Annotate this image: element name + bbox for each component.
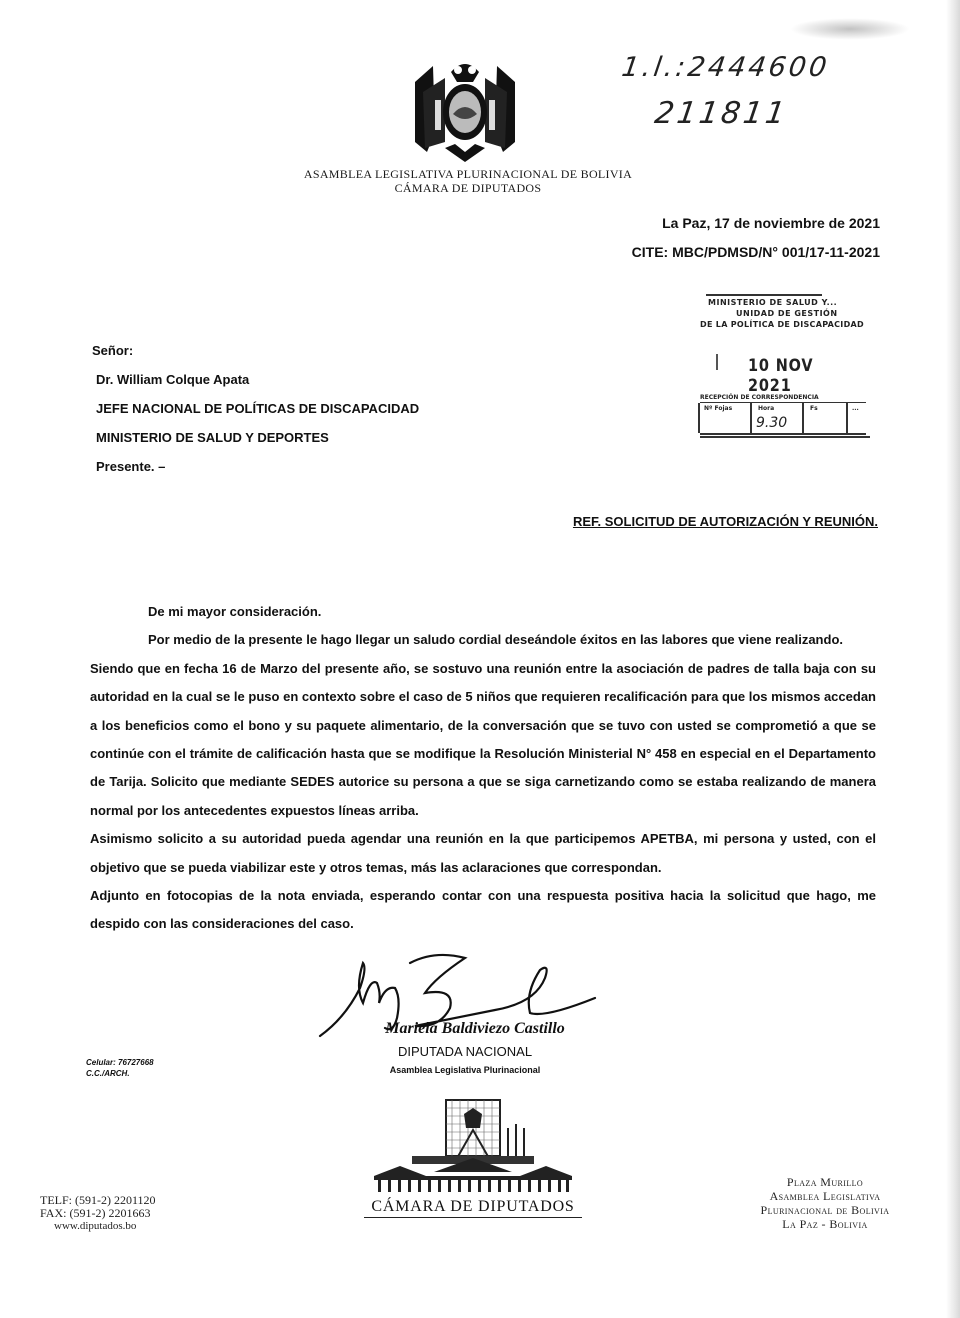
scan-smudge	[790, 18, 910, 40]
addressee-position: JEFE NACIONAL DE POLÍTICAS DE DISCAPACID…	[96, 401, 419, 416]
page-edge-shadow	[946, 0, 960, 1318]
stamp-rule-bottom	[700, 436, 870, 438]
body-paragraph-1: Por medio de la presente le hago llegar …	[90, 626, 876, 654]
signatory-title: DIPUTADA NACIONAL	[355, 1044, 575, 1059]
handwritten-note-2: 211811	[653, 96, 790, 131]
fax-number: FAX: (591-2) 2201663	[40, 1207, 156, 1220]
stamp-rule	[706, 294, 822, 296]
camara-label: CÁMARA DE DIPUTADOS	[364, 1198, 582, 1218]
stamp-grid: Nº Fojas Hora Fs ... 9.30	[700, 402, 866, 435]
handwritten-note-1: 1.l.:2444600	[620, 52, 832, 83]
stamp-received-label: RECEPCIÓN DE CORRESPONDENCIA	[700, 394, 819, 401]
stamp-date: 10 NOV 2021	[748, 356, 857, 396]
stamp-col-fs: Fs	[810, 405, 818, 412]
stamp-line-3: DE LA POLÍTICA DE DISCAPACIDAD	[700, 320, 864, 329]
chamber-name: CÁMARA DE DIPUTADOS	[300, 181, 636, 196]
stamp-time: 9.30	[756, 415, 787, 431]
body-paragraph-3: Asimismo solicito a su autoridad pueda a…	[90, 825, 876, 882]
cc-archive: C.C./ARCH.	[86, 1068, 154, 1079]
body-paragraph-2: Siendo que en fecha 16 de Marzo del pres…	[90, 655, 876, 825]
body-paragraph-4: Adjunto en fotocopias de la nota enviada…	[90, 882, 876, 939]
letter-body: De mi mayor consideración. Por medio de …	[90, 598, 876, 939]
postal-address: Plaza Murillo Asamblea Legislativa Pluri…	[730, 1175, 920, 1231]
greeting: De mi mayor consideración.	[90, 598, 876, 626]
address-line-4: La Paz - Bolivia	[730, 1217, 920, 1231]
stamp-col-fojas: Nº Fojas	[704, 405, 732, 412]
institution-name: ASAMBLEA LEGISLATIVA PLURINACIONAL DE BO…	[300, 167, 636, 182]
signatory-organization: Asamblea Legislativa Plurinacional	[355, 1065, 575, 1075]
place-date: La Paz, 17 de noviembre de 2021	[662, 215, 880, 231]
address-line-2: Asamblea Legislativa	[730, 1189, 920, 1203]
signatory-name: Mariela Baldiviezo Castillo	[385, 1020, 565, 1038]
cite-reference: CITE: MBC/PDMSD/N° 001/17-11-2021	[632, 244, 880, 260]
bolivia-coat-of-arms-icon	[405, 52, 525, 164]
reception-stamp: MINISTERIO DE SALUD Y... UNIDAD DE GESTI…	[696, 290, 876, 440]
footnote: Celular: 76727668 C.C./ARCH.	[86, 1057, 154, 1079]
presente: Presente. –	[96, 459, 165, 474]
cellular-number: Celular: 76727668	[86, 1057, 154, 1068]
website-link[interactable]: www.diputados.bo	[40, 1220, 156, 1233]
addressee-name: Dr. William Colque Apata	[96, 372, 249, 387]
stamp-col-extra: ...	[852, 405, 859, 412]
contact-info: TELF: (591-2) 2201120 FAX: (591-2) 22016…	[40, 1194, 156, 1233]
address-line-3: Plurinacional de Bolivia	[730, 1203, 920, 1217]
address-line-1: Plaza Murillo	[730, 1175, 920, 1189]
camara-building-icon	[370, 1098, 576, 1194]
addressee-ministry: MINISTERIO DE SALUD Y DEPORTES	[96, 430, 329, 445]
stamp-mark	[716, 354, 718, 370]
stamp-col-hora: Hora	[758, 405, 774, 412]
salutation: Señor:	[92, 343, 133, 358]
stamp-line-2: UNIDAD DE GESTIÓN	[736, 309, 838, 318]
stamp-line-1: MINISTERIO DE SALUD Y...	[708, 298, 837, 307]
reference-subject: REF. SOLICITUD DE AUTORIZACIÓN Y REUNIÓN…	[573, 514, 878, 529]
